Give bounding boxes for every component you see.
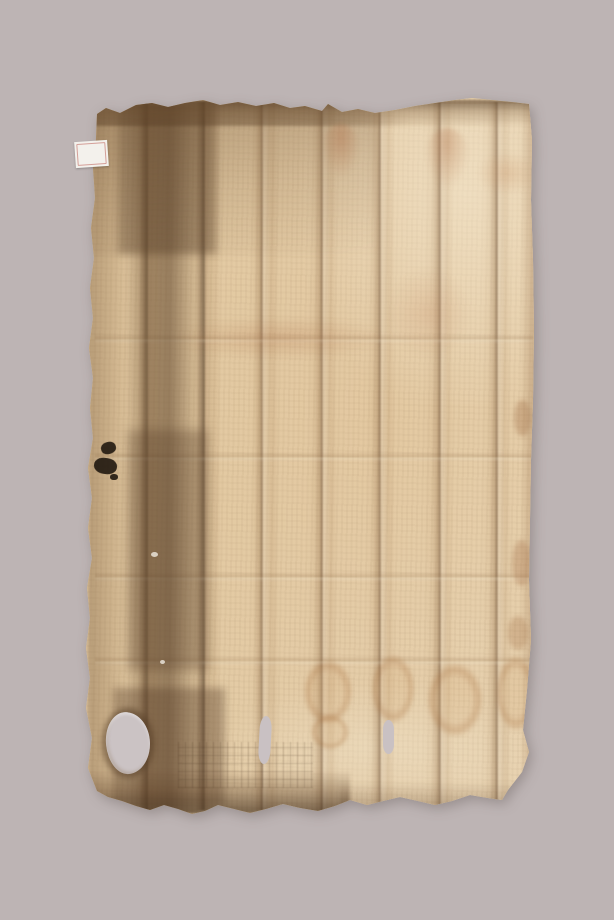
top-left-stain: [92, 100, 377, 255]
water-stain: [180, 318, 380, 358]
water-stain: [508, 616, 528, 650]
water-stain: [388, 268, 468, 358]
photo-backdrop: 壹去五帒莫以 一玉六岁 絫京郡一持九 壹去五帳等八伍 二百六 帒二 鄉五刕 於世…: [0, 0, 614, 920]
paper-fleck: [151, 552, 158, 557]
left-stain-band: [128, 430, 208, 670]
catalog-tag-border: [76, 142, 106, 166]
manuscript-photo: 壹去五帒莫以 一玉六岁 絫京郡一持九 壹去五帳等八伍 二百六 帒二 鄉五刕 於世…: [0, 0, 614, 920]
catalog-tag: [74, 140, 109, 168]
manuscript-sheet: 壹去五帒莫以 一玉六岁 絫京郡一持九 壹去五帳等八伍 二百六 帒二 鄉五刕 於世…: [0, 0, 614, 920]
scratch-marks: [178, 742, 313, 788]
slit-hole: [383, 720, 394, 754]
paper-fleck: [160, 660, 165, 664]
water-stain: [514, 400, 531, 436]
water-stain-ring: [308, 712, 352, 752]
water-stain-ring: [368, 650, 418, 728]
water-stain: [322, 124, 360, 178]
water-stain-ring: [493, 650, 539, 736]
ink-blot: [110, 474, 118, 480]
bottom-edge-stain: [340, 782, 515, 808]
water-stain-ring: [423, 658, 487, 742]
water-stain: [425, 128, 469, 188]
water-stain: [478, 152, 536, 194]
water-stain: [512, 540, 531, 586]
